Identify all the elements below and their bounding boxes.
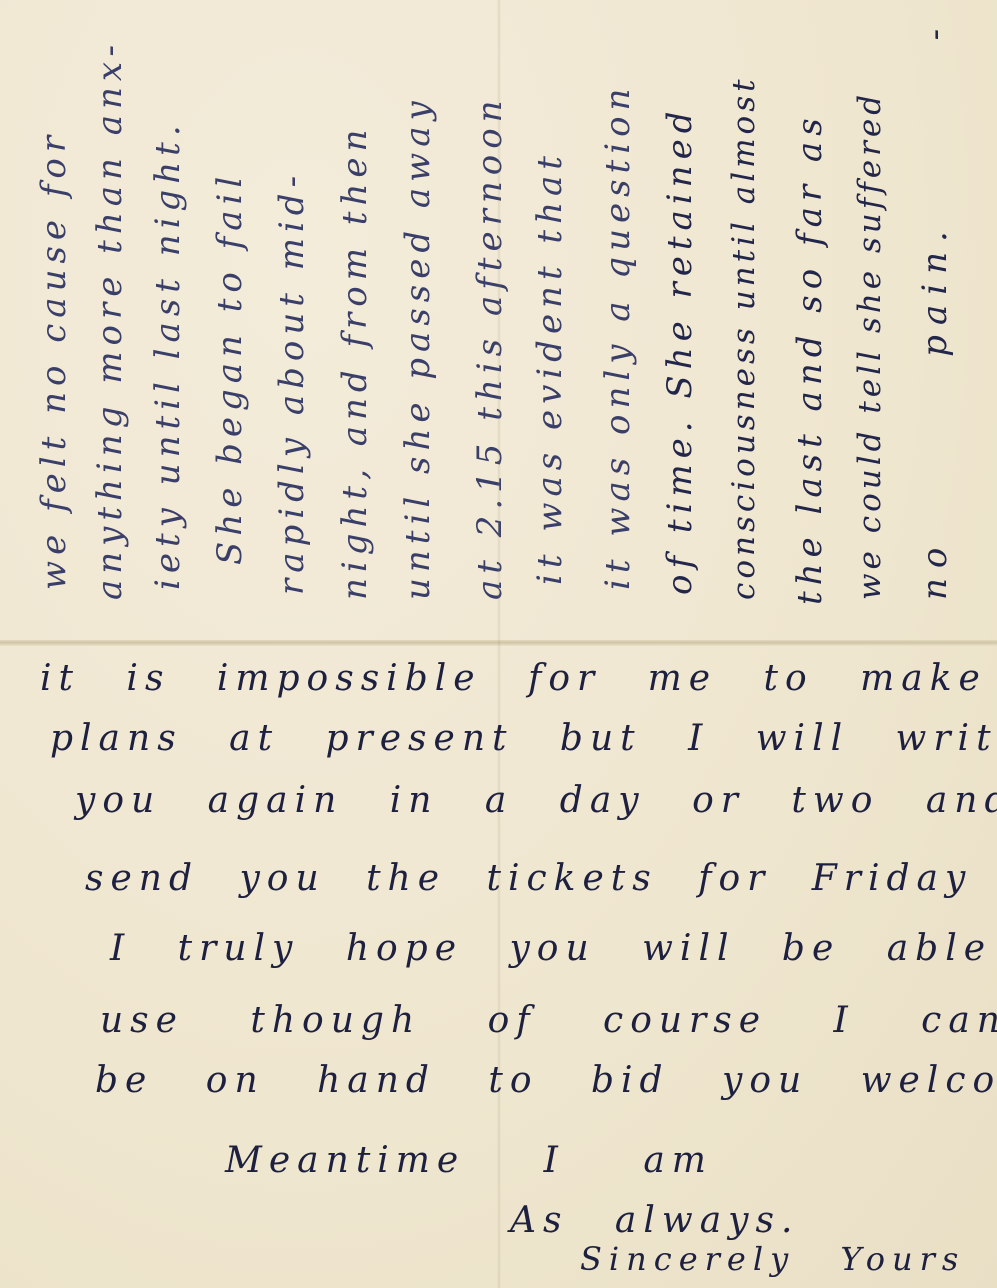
rotated-line: at 2.15 this afternoon (470, 94, 510, 600)
letter-line: plans at present but I will write (50, 718, 997, 759)
letter-line: be on hand to bid you welcome (95, 1060, 997, 1101)
rotated-line: of time. She retained (660, 106, 700, 595)
letter-line: send you the tickets for Friday which (85, 858, 997, 899)
rotated-line: rapidly about mid- (272, 170, 312, 595)
rotated-line: anything more than anx- (90, 39, 130, 600)
letter-closing: As always. (510, 1200, 799, 1241)
rotated-line: it was only a question (598, 83, 638, 590)
rotated-line: consciousness until almost (726, 75, 762, 600)
letter-line: use though of course I cannot (100, 1000, 997, 1041)
letter-signature: Sincerely Yours H.C. (580, 1240, 997, 1278)
rotated-line: we could tell she suffered (852, 91, 888, 600)
letter-closing: Meantime I am (225, 1140, 713, 1181)
rotated-line: iety until last night. (148, 119, 188, 590)
rotated-line: until she passed away (398, 95, 438, 600)
letter-page: we felt no cause for anything more than … (0, 0, 997, 1288)
letter-line: it is impossible for me to make any (40, 658, 997, 699)
letter-line: I truly hope you will be able to (110, 928, 997, 969)
rotated-line: no pain. - Of course (915, 0, 955, 600)
rotated-line: She began to fail (210, 171, 250, 565)
rotated-line: we felt no cause for (34, 130, 74, 590)
rotated-line: night, and from then (335, 124, 375, 600)
letter-line: you again in a day or two and (75, 780, 997, 821)
rotated-line: it was evident that (530, 150, 570, 585)
rotated-line: the last and so far as (790, 112, 830, 605)
